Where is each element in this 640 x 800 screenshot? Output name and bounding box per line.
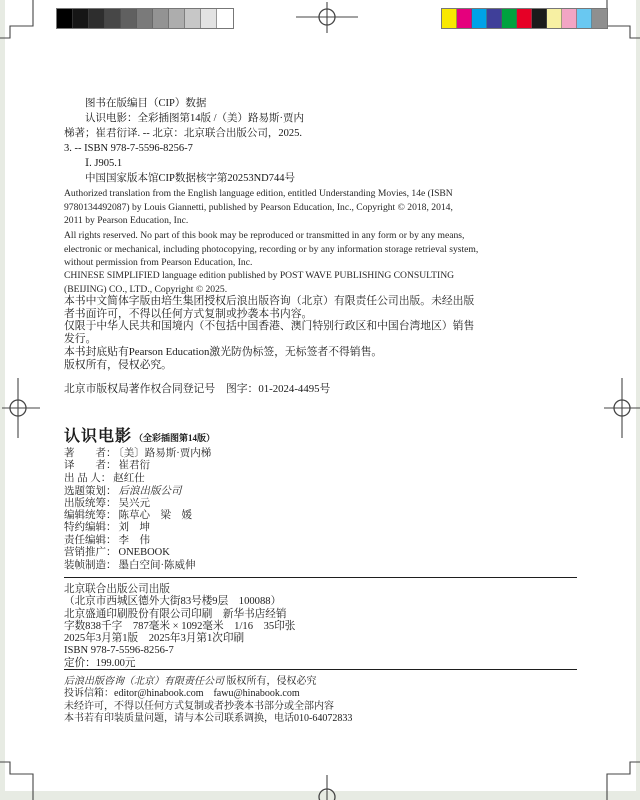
- credit-row: 编辑统筹：陈草心 梁 媛: [64, 510, 211, 522]
- credit-label: 选题策划：: [64, 486, 117, 497]
- color-calibration-bar: [441, 8, 608, 29]
- calibration-swatch: [169, 9, 185, 28]
- credit-label: 出版统筹：: [64, 498, 117, 509]
- calibration-swatch: [577, 9, 592, 28]
- calibration-swatch: [442, 9, 457, 28]
- english-copyright-para-3: CHINESE SIMPLIFIED language edition publ…: [64, 269, 580, 296]
- book-title-line: 认识电影（全彩插图第14版）: [64, 423, 215, 446]
- credit-value: 赵红仕: [113, 473, 145, 484]
- scan-edge-left: [0, 0, 5, 800]
- calibration-swatch: [121, 9, 137, 28]
- credit-row: 选题策划：后浪出版公司: [64, 485, 211, 497]
- scan-edge-bottom: [0, 791, 640, 800]
- publisher-footer: 后浪出版咨询（北京）有限责任公司 版权所有，侵权必究 投诉信箱：editor@h…: [64, 676, 352, 726]
- calibration-swatch: [502, 9, 517, 28]
- calibration-swatch: [153, 9, 169, 28]
- divider-rule-top: [64, 577, 577, 578]
- credit-value: 墨白空间·陈威伸: [119, 560, 196, 571]
- calibration-swatch: [457, 9, 472, 28]
- credit-value: 崔君衍: [119, 460, 151, 471]
- calibration-swatch: [105, 9, 121, 28]
- credits-list: 著 者：〔美〕路易斯·贾内梯译 者：崔君衍出 品 人：赵红仕选题策划：后浪出版公…: [64, 448, 211, 572]
- credit-value: 李 伟: [119, 535, 151, 546]
- book-edition: （全彩插图第14版）: [134, 433, 215, 443]
- calibration-swatch: [89, 9, 105, 28]
- credit-label: 装帧制造：: [64, 560, 117, 571]
- calibration-swatch: [517, 9, 532, 28]
- calibration-swatch: [201, 9, 217, 28]
- credit-row: 译 者：崔君衍: [64, 460, 211, 472]
- colophon-block: 北京联合出版公司出版 （北京市西城区德外大街83号楼9层 100088） 北京盛…: [64, 584, 580, 670]
- scanned-copyright-page: { "calibration": { "grayscale": ["#00000…: [0, 0, 640, 800]
- cip-data-block: 图书在版编目（CIP）数据 认识电影：全彩插图第14版 /（美）路易斯·贾内 梯…: [64, 96, 580, 186]
- credit-row: 出版统筹：吴兴元: [64, 498, 211, 510]
- credit-label: 著 者：: [64, 448, 117, 459]
- grayscale-calibration-bar: [56, 8, 234, 29]
- footer-company: 后浪出版咨询（北京）有限责任公司: [64, 676, 224, 687]
- calibration-swatch: [532, 9, 547, 28]
- credit-value: 〔美〕路易斯·贾内梯: [119, 448, 212, 459]
- calibration-swatch: [472, 9, 487, 28]
- credit-value: ONEBOOK: [119, 547, 170, 558]
- book-title: 认识电影: [64, 428, 132, 445]
- scan-edge-right: [636, 0, 640, 800]
- footer-complaint-line: 投诉信箱：editor@hinabook.com fawu@hinabook.c…: [64, 688, 352, 700]
- credit-label: 出 品 人：: [64, 473, 111, 484]
- calibration-swatch: [57, 9, 73, 28]
- credit-row: 特约编辑：刘 坤: [64, 522, 211, 534]
- calibration-swatch: [487, 9, 502, 28]
- calibration-swatch: [592, 9, 607, 28]
- english-copyright-para-2: All rights reserved. No part of this boo…: [64, 229, 580, 270]
- credit-value: 陈草心 梁 媛: [119, 510, 193, 521]
- footer-quality-notice: 本书若有印装质量问题，请与本公司联系调换，电话010-64072833: [64, 713, 352, 725]
- credit-value: 刘 坤: [119, 522, 151, 533]
- credit-label: 译 者：: [64, 460, 117, 471]
- credit-value: 吴兴元: [119, 498, 151, 509]
- credit-label: 营销推广：: [64, 547, 117, 558]
- footer-rights-line: 后浪出版咨询（北京）有限责任公司 版权所有，侵权必究: [64, 676, 352, 688]
- footer-copy-notice: 未经许可，不得以任何方式复制或者抄袭本书部分或全部内容: [64, 701, 352, 713]
- credit-row: 营销推广：ONEBOOK: [64, 547, 211, 559]
- credit-label: 特约编辑：: [64, 522, 117, 533]
- credit-row: 出 品 人：赵红仕: [64, 473, 211, 485]
- credit-row: 装帧制造：墨白空间·陈威伸: [64, 560, 211, 572]
- divider-rule-bottom: [64, 669, 577, 670]
- credit-row: 责任编辑：李 伟: [64, 535, 211, 547]
- calibration-swatch: [547, 9, 562, 28]
- calibration-swatch: [73, 9, 89, 28]
- copyright-registration-number: 北京市版权局著作权合同登记号 图字：01-2024-4495号: [64, 381, 580, 396]
- calibration-swatch: [562, 9, 577, 28]
- credit-row: 著 者：〔美〕路易斯·贾内梯: [64, 448, 211, 460]
- credit-label: 责任编辑：: [64, 535, 117, 546]
- english-copyright-para-1: Authorized translation from the English …: [64, 187, 580, 228]
- credit-value: 后浪出版公司: [119, 485, 182, 497]
- footer-rights: 版权所有，侵权必究: [224, 676, 317, 687]
- calibration-swatch: [137, 9, 153, 28]
- calibration-swatch: [217, 9, 233, 28]
- calibration-swatch: [185, 9, 201, 28]
- credit-label: 编辑统筹：: [64, 510, 117, 521]
- chinese-rights-notice: 本书中文简体字版由培生集团授权后浪出版咨询（北京）有限责任公司出版。未经出版 者…: [64, 295, 580, 371]
